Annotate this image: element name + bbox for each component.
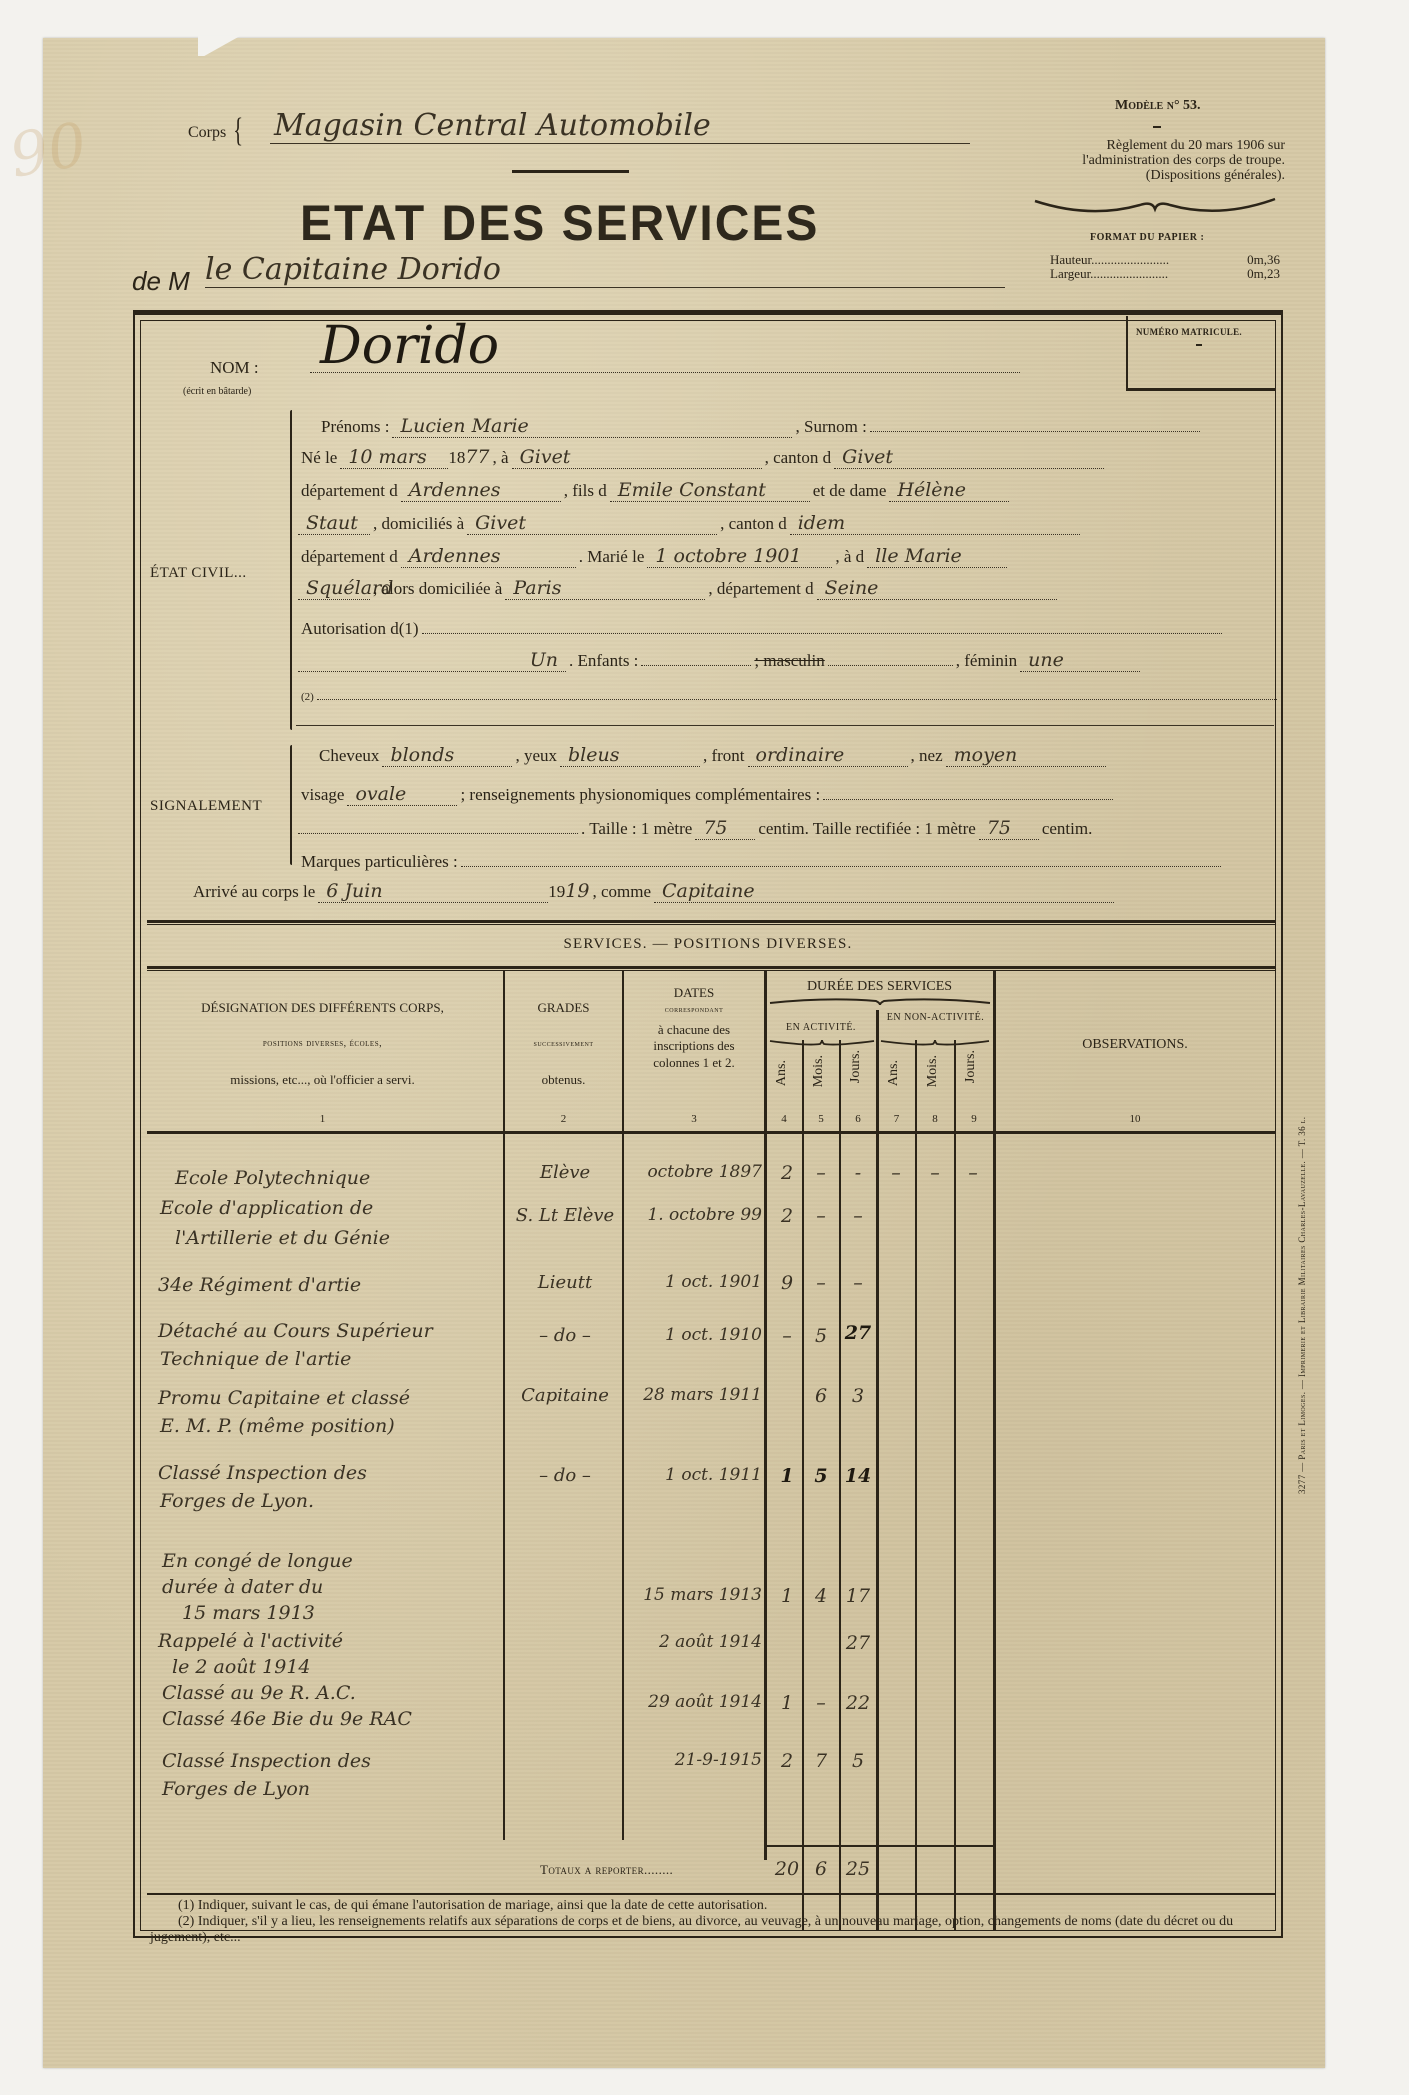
row-grade: – do – <box>505 1465 625 1486</box>
signalement-label: SIGNALEMENT <box>150 798 262 815</box>
pere-value: Emile Constant <box>610 480 810 502</box>
departement3-value: Seine <box>817 578 1057 600</box>
col1-header-line1: DÉSIGNATION DES DIFFÉRENTS CORPS, <box>145 1000 500 1016</box>
enfants-count: Un <box>298 650 566 672</box>
col1-header-line2: positions diverses, écoles, <box>145 1038 500 1051</box>
row-designation: En congé de longue <box>162 1548 353 1574</box>
matricule-label: NUMÉRO MATRICULE. <box>1136 327 1242 337</box>
taille-value: 75 <box>695 818 755 840</box>
cheveux-value: blonds <box>382 745 512 767</box>
modele-number: Modèle n° 53. <box>1115 98 1201 114</box>
totaux-label: Totaux a reporter........ <box>540 1862 673 1878</box>
surnom-value <box>870 410 1200 432</box>
na-ans-header: Ans. <box>886 1060 902 1086</box>
nez-value: moyen <box>946 745 1106 767</box>
row-date: 2 août 1914 <box>622 1632 762 1652</box>
ans-header: Ans. <box>774 1060 790 1086</box>
departement-value: Ardennes <box>401 480 561 502</box>
naissance-row: Né le 10 mars 18 77 , à Givet , canton d… <box>298 446 1104 469</box>
col3-header-line1: DATES <box>625 985 763 1001</box>
yeux-value: bleus <box>560 745 700 767</box>
canton2-value: idem <box>790 513 1080 535</box>
page-title: ETAT DES SERVICES <box>300 195 819 253</box>
footnote-rule <box>147 1893 1275 1895</box>
reglement-text: Règlement du 20 mars 1906 sur l'administ… <box>1030 138 1285 183</box>
row-date: octobre 1897 <box>622 1162 762 1182</box>
mariage-date: 1 octobre 1901 <box>647 546 832 568</box>
marques-row: Marques particulières : <box>298 845 1221 872</box>
visage-value: ovale <box>347 784 457 806</box>
arrivee-row: Arrivé au corps le 6 Juin 19 19 , comme … <box>190 880 1114 903</box>
domicile-value: Givet <box>467 513 717 535</box>
non-activite-header: EN NON-ACTIVITÉ. <box>878 1012 993 1025</box>
total-mois: 6 <box>805 1858 837 1880</box>
row-grade: Elève <box>505 1162 625 1183</box>
matricule-value <box>1196 344 1202 346</box>
row-designation: Classé Inspection des <box>158 1460 367 1486</box>
row-grade: – do – <box>505 1325 625 1346</box>
row-designation: Promu Capitaine et classé <box>158 1385 410 1411</box>
naissance-year: 77 <box>465 446 489 468</box>
col-divider-5 <box>839 1040 841 1930</box>
nom-value: Dorido <box>310 320 1020 373</box>
autorisation-value <box>422 612 1222 634</box>
feminin-value: une <box>1020 650 1140 672</box>
col2-header-line2: successivement <box>505 1038 622 1049</box>
canton-value: Givet <box>834 447 1104 469</box>
row-designation: Classé Inspection des <box>162 1748 371 1774</box>
marques-value <box>461 845 1221 867</box>
totals-rule <box>766 1845 993 1847</box>
format-largeur: Largeur........................ 0m,23 <box>1050 266 1280 282</box>
row-designation: Ecole Polytechnique <box>175 1165 370 1191</box>
row-date: 28 mars 1911 <box>622 1385 762 1405</box>
footnotes: (1) Indiquer, suivant le cas, de qui éma… <box>150 1898 1280 1946</box>
jours-header: Jours. <box>848 1050 864 1083</box>
front-value: ordinaire <box>748 745 908 767</box>
activite-brace <box>768 1038 876 1048</box>
row-date: 1 oct. 1901 <box>622 1272 762 1292</box>
prenoms-row: Prénoms : Lucien Marie , Surnom : <box>318 410 1200 438</box>
arrivee-year: 19 <box>565 880 589 902</box>
row-grade: Lieutt <box>505 1272 625 1293</box>
format-papier-title: FORMAT DU PAPIER : <box>1090 232 1204 243</box>
col-divider-6 <box>876 1010 879 1930</box>
visage-row: visage ovale ; renseignements physionomi… <box>298 778 1113 806</box>
de-m-label: de M <box>132 266 190 297</box>
enfants-row: Un . Enfants : ; masculin , féminin une <box>298 644 1140 672</box>
col3-header-line2: correspondant <box>625 1004 763 1015</box>
na-mois-header: Mois. <box>925 1055 941 1087</box>
nom-note: (écrit en bâtarde) <box>183 386 251 397</box>
mois-header: Mois. <box>811 1055 827 1087</box>
nom-label: NOM : <box>210 358 259 378</box>
enfants-total <box>641 644 751 666</box>
na-jours-header: Jours. <box>963 1050 979 1083</box>
autorisation-row: Autorisation d(1) <box>298 612 1222 639</box>
signalement-brace <box>290 745 292 865</box>
section-divider <box>147 920 1275 925</box>
total-jours: 25 <box>842 1858 874 1880</box>
row-grade: Capitaine <box>505 1385 625 1406</box>
arrivee-date: 6 Juin <box>318 881 548 903</box>
printer-imprint: 3277 — Paris et Limoges. — Imprimerie et… <box>1297 980 1307 1630</box>
row-date: 1. octobre 99 <box>622 1205 762 1225</box>
header-bottom-rule <box>147 1131 1275 1134</box>
taille-rectifiee-value: 75 <box>979 818 1039 840</box>
row-date: 15 mars 1913 <box>622 1585 762 1605</box>
row-date: 21-9-1915 <box>622 1750 762 1770</box>
row-designation: 34e Régiment d'artie <box>158 1272 361 1298</box>
cheveux-row: Cheveux blonds , yeux bleus , front ordi… <box>316 745 1106 767</box>
row-grade: S. Lt Elève <box>505 1205 625 1226</box>
duree-header: DURÉE DES SERVICES <box>766 978 993 996</box>
etat-civil-brace <box>290 410 292 730</box>
footnote-2: (2) Indiquer, s'il y a lieu, les renseig… <box>150 1914 1280 1946</box>
modele-dash <box>1153 126 1161 128</box>
parents-row: département d Ardennes , fils d Emile Co… <box>298 480 1009 502</box>
services-title: SERVICES. — POSITIONS DIVERSES. <box>140 936 1276 953</box>
footnote-1: (1) Indiquer, suivant le cas, de qui éma… <box>150 1898 1280 1914</box>
col3-header-line3: à chacune des inscriptions des colonnes … <box>632 1022 756 1071</box>
epouse-row: Squélard , alors domiciliée à Paris , dé… <box>298 578 1057 600</box>
title-rule <box>512 170 629 173</box>
mere-nom-value: Staut <box>298 513 370 535</box>
prenoms-value: Lucien Marie <box>392 416 792 438</box>
duree-brace <box>768 995 992 1007</box>
row-date: 1 oct. 1911 <box>622 1465 762 1485</box>
row-designation: Rappelé à l'activité <box>158 1628 343 1654</box>
naissance-date: 10 mars <box>340 447 448 469</box>
note2-value <box>317 678 1277 700</box>
row-date: 1 oct. 1910 <box>622 1325 762 1345</box>
non-activite-brace <box>879 1038 991 1048</box>
flourish-ornament <box>1030 195 1280 217</box>
taille-row: . Taille : 1 mètre 75 centim. Taille rec… <box>298 812 1095 840</box>
etat-civil-end-rule <box>296 725 1274 726</box>
officer-name-value: le Capitaine Dorido <box>205 252 1005 288</box>
mere-prenom-value: Hélène <box>889 480 1009 502</box>
observations-header: OBSERVATIONS. <box>995 1036 1275 1054</box>
row-designation: Détaché au Cours Supérieur <box>158 1318 433 1344</box>
domicile-row: Staut , domiciliés à Givet , canton d id… <box>298 513 1080 535</box>
renseignements-value <box>823 778 1113 800</box>
col2-header-line1: GRADES <box>505 1000 622 1016</box>
note2-row: (2) <box>298 678 1277 703</box>
naissance-lieu: Givet <box>512 447 762 469</box>
total-ans: 20 <box>771 1858 803 1880</box>
row-designation: Classé au 9e R. A.C. <box>162 1680 356 1706</box>
en-activite-header: EN ACTIVITÉ. <box>766 1022 876 1035</box>
col-divider-7 <box>915 1040 917 1930</box>
epouse-domicile: Paris <box>505 578 705 600</box>
epouse-prenom: lle Marie <box>867 546 1007 568</box>
col1-header-line3: missions, etc..., où l'officier a servi. <box>145 1072 500 1088</box>
col2-header-line3: obtenus. <box>505 1072 622 1088</box>
masculin-value <box>828 644 953 666</box>
table-top-rule <box>147 966 1275 971</box>
arrivee-grade: Capitaine <box>654 881 1114 903</box>
row-date: 29 août 1914 <box>622 1692 762 1712</box>
epouse-nom: Squélard <box>298 578 370 600</box>
col-divider-8 <box>954 1040 956 1930</box>
row-designation: Ecole d'application de <box>160 1195 373 1221</box>
etat-civil-label: ÉTAT CIVIL... <box>150 565 247 582</box>
departement2-value: Ardennes <box>401 546 576 568</box>
col-divider-3 <box>764 970 767 1860</box>
mariage-row: département d Ardennes . Marié le 1 octo… <box>298 546 1007 568</box>
